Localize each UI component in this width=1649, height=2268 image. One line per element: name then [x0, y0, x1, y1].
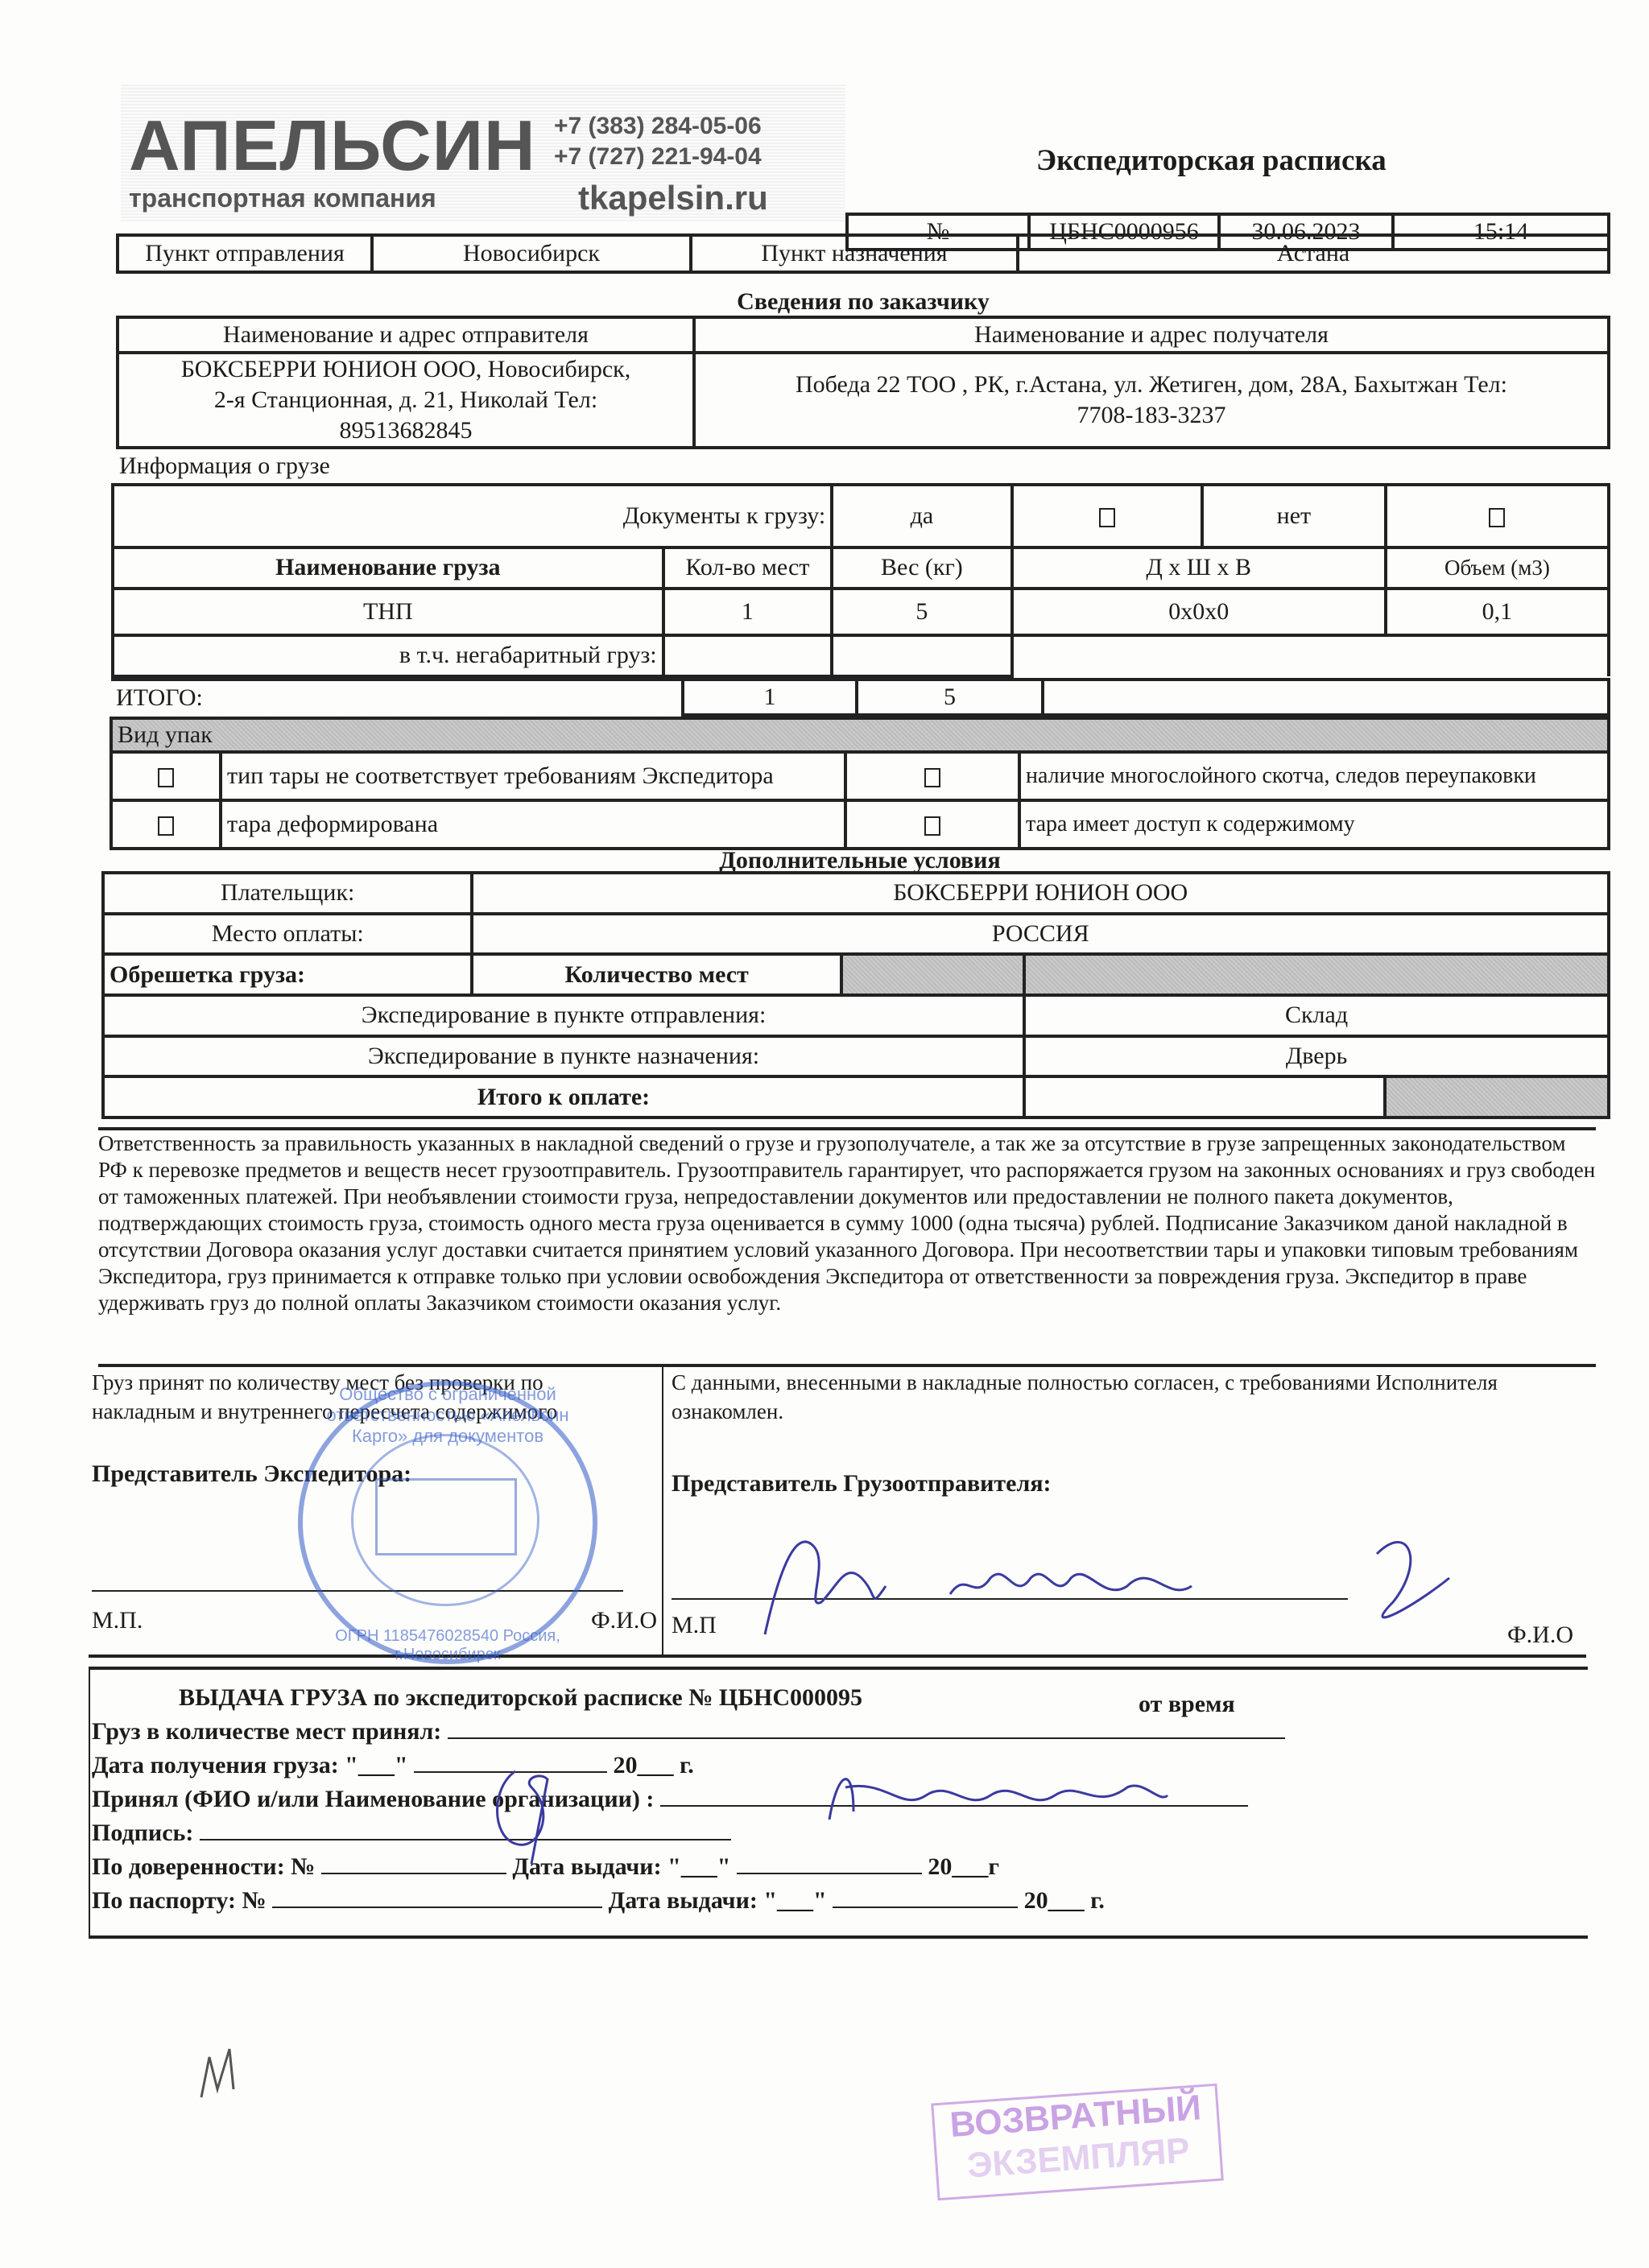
documents-yes-checkbox[interactable] — [1012, 485, 1202, 547]
col-cargo-name: Наименование груза — [113, 547, 663, 589]
destination-value: Астана — [1018, 235, 1609, 272]
total-label: ИТОГО: — [111, 680, 683, 715]
packaging-item-1: тип тары не соответствует требованиям Эк… — [221, 752, 845, 800]
recipient-label: Наименование и адрес получателя — [694, 317, 1609, 353]
recipient-line-2: 7708-183-3237 — [701, 400, 1602, 431]
document-title: Экспедиторская расписка — [1036, 143, 1387, 178]
oversize-weight — [832, 635, 1011, 676]
company-stamp: Общество с ограниченной ответственностью… — [298, 1381, 597, 1664]
route-table: Пункт отправления Новосибирск Пункт назн… — [116, 233, 1610, 274]
forwarder-fio-label: Ф.И.О — [591, 1606, 657, 1635]
recipient-signature — [483, 1763, 580, 1868]
issue-from-time: от время — [1139, 1691, 1235, 1718]
shipper-mp-label: М.П — [672, 1611, 717, 1640]
payer-value: БОКСБЕРРИ ЮНИОН ООО — [472, 873, 1609, 914]
checkbox-icon — [158, 816, 174, 836]
oversize-empty — [1012, 635, 1609, 676]
cargo-table: Документы к грузу: да нет Наименование г… — [111, 483, 1610, 678]
stamp-ring-text: Общество с ограниченной ответственностью… — [319, 1384, 577, 1447]
total-weight: 5 — [857, 680, 1043, 715]
stamp-bottom-text: ОГРН 1185476028540 Россия, г.Новосибирск — [319, 1627, 577, 1664]
packaging-checkbox-2[interactable] — [845, 752, 1019, 800]
documents-no-label: нет — [1202, 485, 1386, 547]
receipt-date-label: Дата получения груза: "___" — [92, 1752, 408, 1778]
oversize-label: в т.ч. негабаритный груз: — [113, 635, 663, 676]
poa-issue-year: 20___г — [928, 1853, 999, 1880]
cargo-volume: 0,1 — [1386, 589, 1609, 635]
oversize-places — [663, 635, 833, 676]
shipper-rep-label: Представитель Грузоотправителя: — [672, 1469, 1052, 1498]
website: tkapelsin.ru — [578, 179, 768, 217]
packaging-item-4: тара имеет доступ к содержимому — [1019, 800, 1609, 849]
documents-yes-label: да — [832, 485, 1011, 547]
conditions-table: Плательщик: БОКСБЕРРИ ЮНИОН ООО Место оп… — [101, 871, 1610, 1119]
signature-row: Подпись: — [92, 1820, 731, 1847]
cargo-places: 1 — [663, 589, 833, 635]
checkbox-icon — [1489, 508, 1505, 527]
crating-places-value — [841, 954, 1024, 995]
sender-label: Наименование и адрес отправителя — [118, 317, 694, 353]
issue-title: ВЫДАЧА ГРУЗА по экспедиторской расписке … — [179, 1684, 862, 1712]
origin-value: Новосибирск — [372, 235, 691, 272]
shipper-fio-label: Ф.И.О — [1507, 1621, 1573, 1650]
recipient-line-1: Победа 22 ТОО , РК, г.Астана, ул. Жетиге… — [701, 370, 1602, 400]
shipper-signature — [749, 1514, 1506, 1659]
phone-list: +7 (383) 284-05-06 +7 (727) 221-94-04 — [554, 111, 762, 172]
passport-issue-date-label: Дата выдачи: "___" — [609, 1887, 827, 1914]
signature-field[interactable] — [200, 1839, 731, 1840]
sender-line-2: 2-я Станционная, д. 21, Николай Тел: — [124, 385, 688, 415]
document-page: АПЕЛЬСИН транспортная компания +7 (383) … — [0, 0, 1649, 2268]
pen-mark — [193, 2041, 258, 2105]
conditions-section-title: Дополнительные условия — [110, 847, 1610, 874]
checkbox-icon — [924, 768, 940, 787]
origin-forwarding-value: Склад — [1024, 995, 1609, 1036]
documents-no-checkbox[interactable] — [1386, 485, 1609, 547]
legal-terms: Ответственность за правильность указанны… — [98, 1127, 1596, 1367]
crating-label: Обрешетка груза: — [103, 954, 472, 995]
total-due-value — [1024, 1076, 1385, 1117]
checkbox-icon — [924, 816, 940, 836]
passport-issue-month-field[interactable] — [833, 1907, 1018, 1908]
cargo-section-title: Информация о грузе — [119, 452, 330, 480]
documents-label: Документы к грузу: — [113, 485, 832, 547]
poa-number-field[interactable] — [321, 1873, 506, 1874]
packaging-item-3: тара деформирована — [221, 800, 845, 849]
cargo-dimensions: 0х0х0 — [1012, 589, 1386, 635]
recipient-value: Победа 22 ТОО , РК, г.Астана, ул. Жетиге… — [694, 353, 1609, 448]
payment-place-value: РОССИЯ — [472, 914, 1609, 955]
passport-number-field[interactable] — [272, 1907, 602, 1908]
checkbox-icon — [1099, 508, 1115, 527]
crating-places-label: Количество мест — [472, 954, 841, 995]
dest-forwarding-label: Экспедирование в пункте назначения: — [103, 1036, 1024, 1077]
customer-table: Наименование и адрес отправителя Наимено… — [116, 316, 1610, 449]
checkbox-icon — [158, 768, 174, 787]
total-empty — [1043, 680, 1609, 715]
accepted-places-label: Груз в количестве мест принял: — [92, 1718, 441, 1745]
total-due-label: Итого к оплате: — [103, 1076, 1024, 1117]
cargo-row: ТНП 1 5 0х0х0 0,1 — [113, 589, 1609, 635]
packaging-item-2: наличие многослойного скотча, следов пер… — [1019, 752, 1609, 800]
phone-2: +7 (727) 221-94-04 — [554, 142, 762, 172]
truck-icon — [375, 1478, 517, 1555]
accepted-places-field[interactable] — [448, 1737, 1285, 1739]
packaging-table: Вид упак тип тары не соответствует требо… — [110, 717, 1610, 850]
company-logo: АПЕЛЬСИН — [129, 105, 536, 187]
poa-label: По доверенности: № — [92, 1853, 315, 1880]
col-weight: Вес (кг) — [832, 547, 1011, 589]
passport-row: По паспорту: № Дата выдачи: "___" 20___ … — [92, 1887, 1105, 1915]
poa-issue-month-field[interactable] — [737, 1873, 922, 1874]
customer-section-title: Сведения по заказчику — [116, 288, 1610, 316]
origin-label: Пункт отправления — [118, 235, 372, 272]
origin-forwarding-label: Экспедирование в пункте отправления: — [103, 995, 1024, 1036]
cargo-name: ТНП — [113, 589, 663, 635]
receipt-date-year: 20___ г. — [614, 1752, 694, 1778]
signature-label: Подпись: — [92, 1820, 193, 1846]
packaging-checkbox-3[interactable] — [111, 800, 221, 849]
return-copy-stamp: ВОЗВРАТНЫЙ ЭКЗЕМПЛЯР — [931, 2084, 1224, 2201]
crating-empty — [1024, 954, 1609, 995]
passport-issue-year: 20___ г. — [1024, 1887, 1105, 1914]
payment-place-label: Место оплаты: — [103, 914, 472, 955]
forwarder-mp-label: М.П. — [92, 1606, 143, 1635]
destination-label: Пункт назначения — [691, 235, 1018, 272]
packaging-title: Вид упак — [111, 718, 1609, 752]
sender-value: БОКСБЕРРИ ЮНИОН ООО, Новосибирск, 2-я Ст… — [118, 353, 694, 448]
packaging-checkbox-4[interactable] — [845, 800, 1019, 849]
total-places: 1 — [683, 680, 857, 715]
sender-line-3: 89513682845 — [124, 415, 688, 446]
recipient-name-handwriting — [821, 1763, 1208, 1836]
shipper-note: С данными, внесенными в накладные полнос… — [668, 1365, 1560, 1426]
cargo-weight: 5 — [832, 589, 1011, 635]
cargo-total-table: ИТОГО: 1 5 — [111, 678, 1610, 717]
company-subtitle: транспортная компания — [129, 184, 436, 213]
passport-label: По паспорту: № — [92, 1887, 267, 1914]
accepted-places-row: Груз в количестве мест принял: — [92, 1718, 1285, 1745]
receipt-date-row: Дата получения груза: "___" 20___ г. — [92, 1752, 694, 1779]
dest-forwarding-value: Дверь — [1024, 1036, 1609, 1077]
sender-line-1: БОКСБЕРРИ ЮНИОН ООО, Новосибирск, — [124, 354, 688, 385]
col-volume: Объем (м3) — [1386, 547, 1609, 589]
col-places: Кол-во мест — [663, 547, 833, 589]
company-name: АПЕЛЬСИН — [129, 105, 536, 185]
payer-label: Плательщик: — [103, 873, 472, 914]
packaging-checkbox-1[interactable] — [111, 752, 221, 800]
total-due-shaded — [1385, 1076, 1609, 1117]
col-dimensions: Д х Ш х В — [1012, 547, 1386, 589]
phone-1: +7 (383) 284-05-06 — [554, 111, 762, 142]
